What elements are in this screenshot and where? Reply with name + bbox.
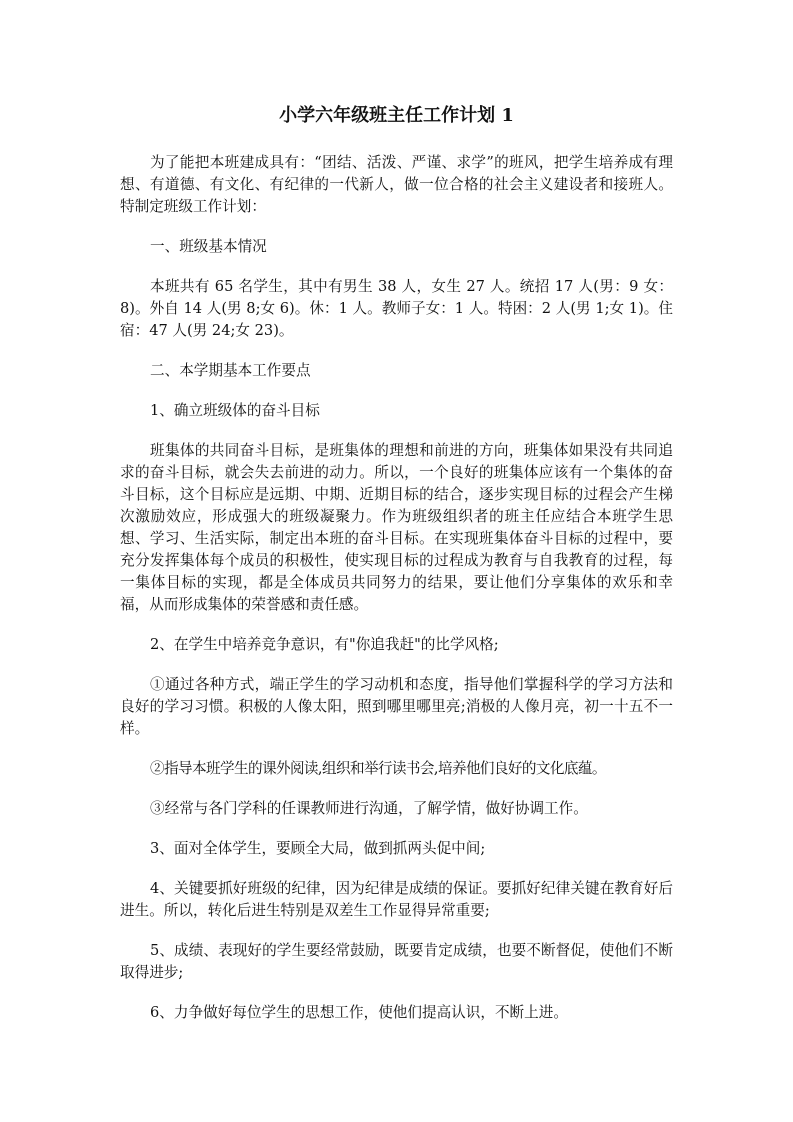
point-1-heading: 1、确立班级体的奋斗目标	[120, 400, 673, 422]
class-overview-paragraph: 本班共有 65 名学生，其中有男生 38 人，女生 27 人。统招 17 人(男…	[120, 276, 673, 342]
section-heading-class-overview: 一、班级基本情况	[120, 236, 673, 258]
point-1-paragraph: 班集体的共同奋斗目标，是班集体的理想和前进的方向，班集体如果没有共同追求的奋斗目…	[120, 440, 673, 616]
point-5: 5、成绩、表现好的学生要经常鼓励，既要肯定成绩，也要不断督促，使他们不断取得进步…	[120, 940, 673, 984]
point-2-sub-1: ①通过各种方式，端正学生的学习动机和态度，指导他们掌握科学的学习方法和良好的学习…	[120, 674, 673, 740]
point-6: 6、力争做好每位学生的思想工作，使他们提高认识，不断上进。	[120, 1002, 673, 1024]
section-heading-work-points: 二、本学期基本工作要点	[120, 360, 673, 382]
point-4: 4、关键要抓好班级的纪律，因为纪律是成绩的保证。要抓好纪律关键在教育好后进生。所…	[120, 878, 673, 922]
point-2-heading: 2、在学生中培养竞争意识，有"你追我赶"的比学风格;	[120, 634, 673, 656]
document-title: 小学六年级班主任工作计划 1	[120, 104, 673, 128]
document-page: 小学六年级班主任工作计划 1 为了能把本班建成具有：“团结、活泼、严谨、求学”的…	[120, 104, 673, 1042]
point-2-sub-3: ③经常与各门学科的任课教师进行沟通，了解学情，做好协调工作。	[120, 798, 673, 820]
point-3: 3、面对全体学生，要顾全大局，做到抓两头促中间;	[120, 838, 673, 860]
point-2-sub-2: ②指导本班学生的课外阅读,组织和举行读书会,培养他们良好的文化底蕴。	[120, 758, 673, 780]
intro-paragraph: 为了能把本班建成具有：“团结、活泼、严谨、求学”的班风，把学生培养成有理想、有道…	[120, 152, 673, 218]
